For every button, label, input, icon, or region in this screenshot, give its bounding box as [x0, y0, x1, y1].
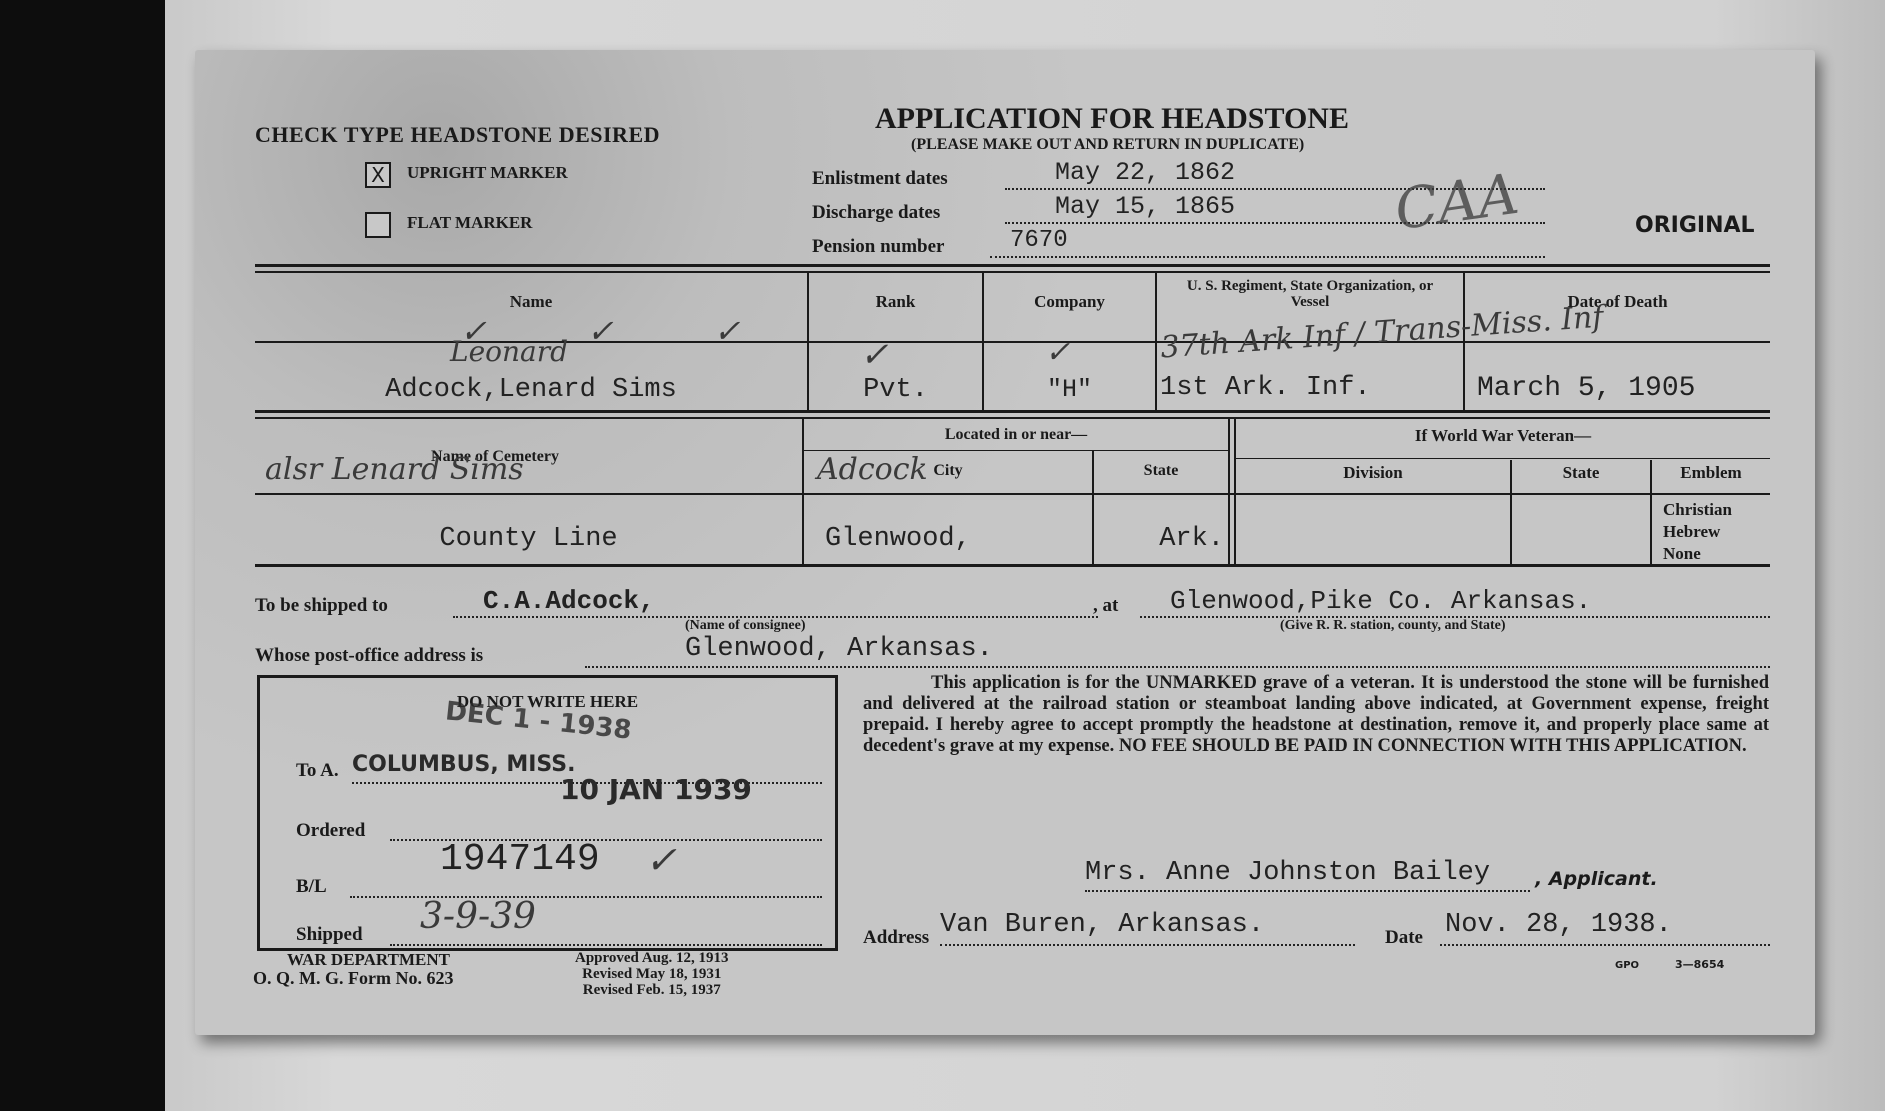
revised-date-2: Revised Feb. 15, 1937	[575, 982, 729, 998]
station-caption: (Give R. R. station, county, and State)	[1280, 618, 1506, 634]
company-value[interactable]: "H"	[984, 375, 1155, 404]
agreement-text: This application is for the UNMARKED gra…	[863, 673, 1769, 757]
form-title: APPLICATION FOR HEADSTONE	[875, 102, 1349, 136]
printer-mark: GPO	[1615, 960, 1639, 971]
applicant-name-field[interactable]: Mrs. Anne Johnston Bailey	[1085, 862, 1530, 892]
regiment-header: U. S. Regiment, State Organization, or V…	[1185, 278, 1435, 310]
ordered-label: Ordered	[296, 820, 365, 842]
name-header: Name	[255, 292, 807, 312]
rule	[255, 410, 1770, 413]
address-value: Van Buren, Arkansas.	[940, 910, 1264, 940]
rule	[1236, 458, 1770, 459]
rule	[255, 271, 1770, 273]
name-value[interactable]: Adcock,Lenard Sims	[255, 375, 807, 405]
flat-marker-checkbox[interactable]	[365, 212, 391, 238]
shipped-label: Shipped	[296, 924, 363, 946]
ordered-field[interactable]	[390, 813, 822, 841]
emblem-none[interactable]: None	[1663, 543, 1732, 565]
consignee-caption: (Name of consignee)	[685, 618, 806, 634]
pension-label: Pension number	[812, 236, 945, 258]
shipped-field[interactable]: 3-9-39	[390, 918, 822, 946]
application-date-field[interactable]: Nov. 28, 1938.	[1440, 914, 1770, 946]
x-check-icon: X	[371, 163, 385, 187]
cemetery-value[interactable]: County Line	[255, 524, 802, 554]
form-subtitle: (PLEASE MAKE OUT AND RETURN IN DUPLICATE…	[911, 136, 1304, 154]
checkmarks-handwritten: ✓✓✓	[460, 312, 840, 350]
address-label: Address	[863, 927, 929, 949]
copy-label: ORIGINAL	[1635, 213, 1755, 238]
date-label: Date	[1385, 927, 1423, 949]
date-stamp: 10 JAN 1939	[560, 773, 752, 806]
war-department-label: WAR DEPARTMENT	[287, 950, 450, 970]
application-date-value: Nov. 28, 1938.	[1445, 910, 1672, 940]
emblem-christian[interactable]: Christian	[1663, 499, 1732, 521]
shipped-to-label: To be shipped to	[255, 595, 388, 617]
ww-veteran-header: If World War Veteran—	[1236, 426, 1770, 446]
pension-value: 7670	[1010, 227, 1068, 254]
headstone-type-heading: CHECK TYPE HEADSTONE DESIRED	[255, 122, 660, 148]
upright-marker-label: UPRIGHT MARKER	[407, 163, 568, 183]
headstone-application-card: CHECK TYPE HEADSTONE DESIRED X UPRIGHT M…	[195, 50, 1815, 1035]
regiment-value[interactable]: 1st Ark. Inf.	[1160, 373, 1371, 403]
rule	[255, 564, 1770, 567]
bl-label: B/L	[296, 876, 327, 898]
city-note-handwritten: Adcock	[817, 452, 928, 487]
ww-state-value[interactable]	[1512, 495, 1650, 564]
emblem-hebrew[interactable]: Hebrew	[1663, 521, 1732, 543]
ww-state-header: State	[1512, 463, 1650, 483]
discharge-value: May 15, 1865	[1055, 192, 1235, 221]
form-number: O. Q. M. G. Form No. 623	[253, 968, 453, 989]
rank-checkmark: ✓	[860, 335, 889, 375]
rule	[255, 417, 1770, 419]
rank-header: Rank	[809, 292, 982, 312]
date-of-death-value[interactable]: March 5, 1905	[1477, 373, 1695, 404]
rule	[255, 264, 1770, 267]
upright-marker-checkbox[interactable]: X	[365, 162, 391, 188]
cemetery-note-handwritten: alsr Lenard Sims	[265, 452, 524, 487]
rank-value[interactable]: Pvt.	[809, 375, 982, 405]
to-label: To A.	[296, 760, 339, 782]
discharge-label: Discharge dates	[812, 202, 940, 224]
emblem-header: Emblem	[1652, 463, 1770, 483]
po-address-field[interactable]: Glenwood, Arkansas.	[585, 640, 1770, 668]
company-header: Company	[984, 292, 1155, 312]
bl-field[interactable]	[350, 870, 822, 898]
division-value[interactable]	[1236, 495, 1510, 564]
consignee-field[interactable]: C.A.Adcock,	[453, 590, 1098, 618]
flat-marker-label: FLAT MARKER	[407, 213, 532, 233]
printer-code: 3—8654	[1675, 958, 1724, 971]
state-value[interactable]: Ark.	[1094, 524, 1224, 554]
applicant-name-value: Mrs. Anne Johnston Bailey	[1085, 858, 1490, 888]
shipped-value: 3-9-39	[420, 896, 536, 937]
po-address-label: Whose post-office address is	[255, 645, 483, 667]
enlistment-label: Enlistment dates	[812, 168, 948, 190]
station-value: Glenwood,Pike Co. Arkansas.	[1170, 586, 1591, 616]
po-address-value: Glenwood, Arkansas.	[685, 634, 993, 664]
applicant-label: , Applicant.	[1535, 868, 1658, 890]
at-label: , at	[1093, 595, 1118, 617]
divider	[1155, 273, 1157, 410]
company-checkmark: ✓	[1045, 335, 1070, 370]
emblem-options: Christian Hebrew None	[1663, 499, 1732, 565]
city-value[interactable]: Glenwood,	[825, 524, 971, 554]
to-value: COLUMBUS, MISS.	[352, 752, 575, 777]
located-header: Located in or near—	[804, 426, 1228, 444]
address-field[interactable]: Van Buren, Arkansas.	[940, 914, 1355, 946]
approved-date: Approved Aug. 12, 1913	[575, 950, 729, 966]
film-edge	[0, 0, 165, 1111]
division-header: Division	[1236, 463, 1510, 483]
station-field[interactable]: Glenwood,Pike Co. Arkansas.	[1140, 590, 1770, 618]
revised-date-1: Revised May 18, 1931	[575, 966, 729, 982]
office-use-box: DO NOT WRITE HERE DEC 1 - 1938 To A. COL…	[257, 675, 838, 951]
rule	[804, 450, 1228, 451]
enlistment-value: May 22, 1862	[1055, 158, 1235, 187]
revision-history: Approved Aug. 12, 1913 Revised May 18, 1…	[575, 950, 729, 998]
state-header: State	[1094, 462, 1228, 480]
consignee-value: C.A.Adcock,	[483, 586, 655, 616]
